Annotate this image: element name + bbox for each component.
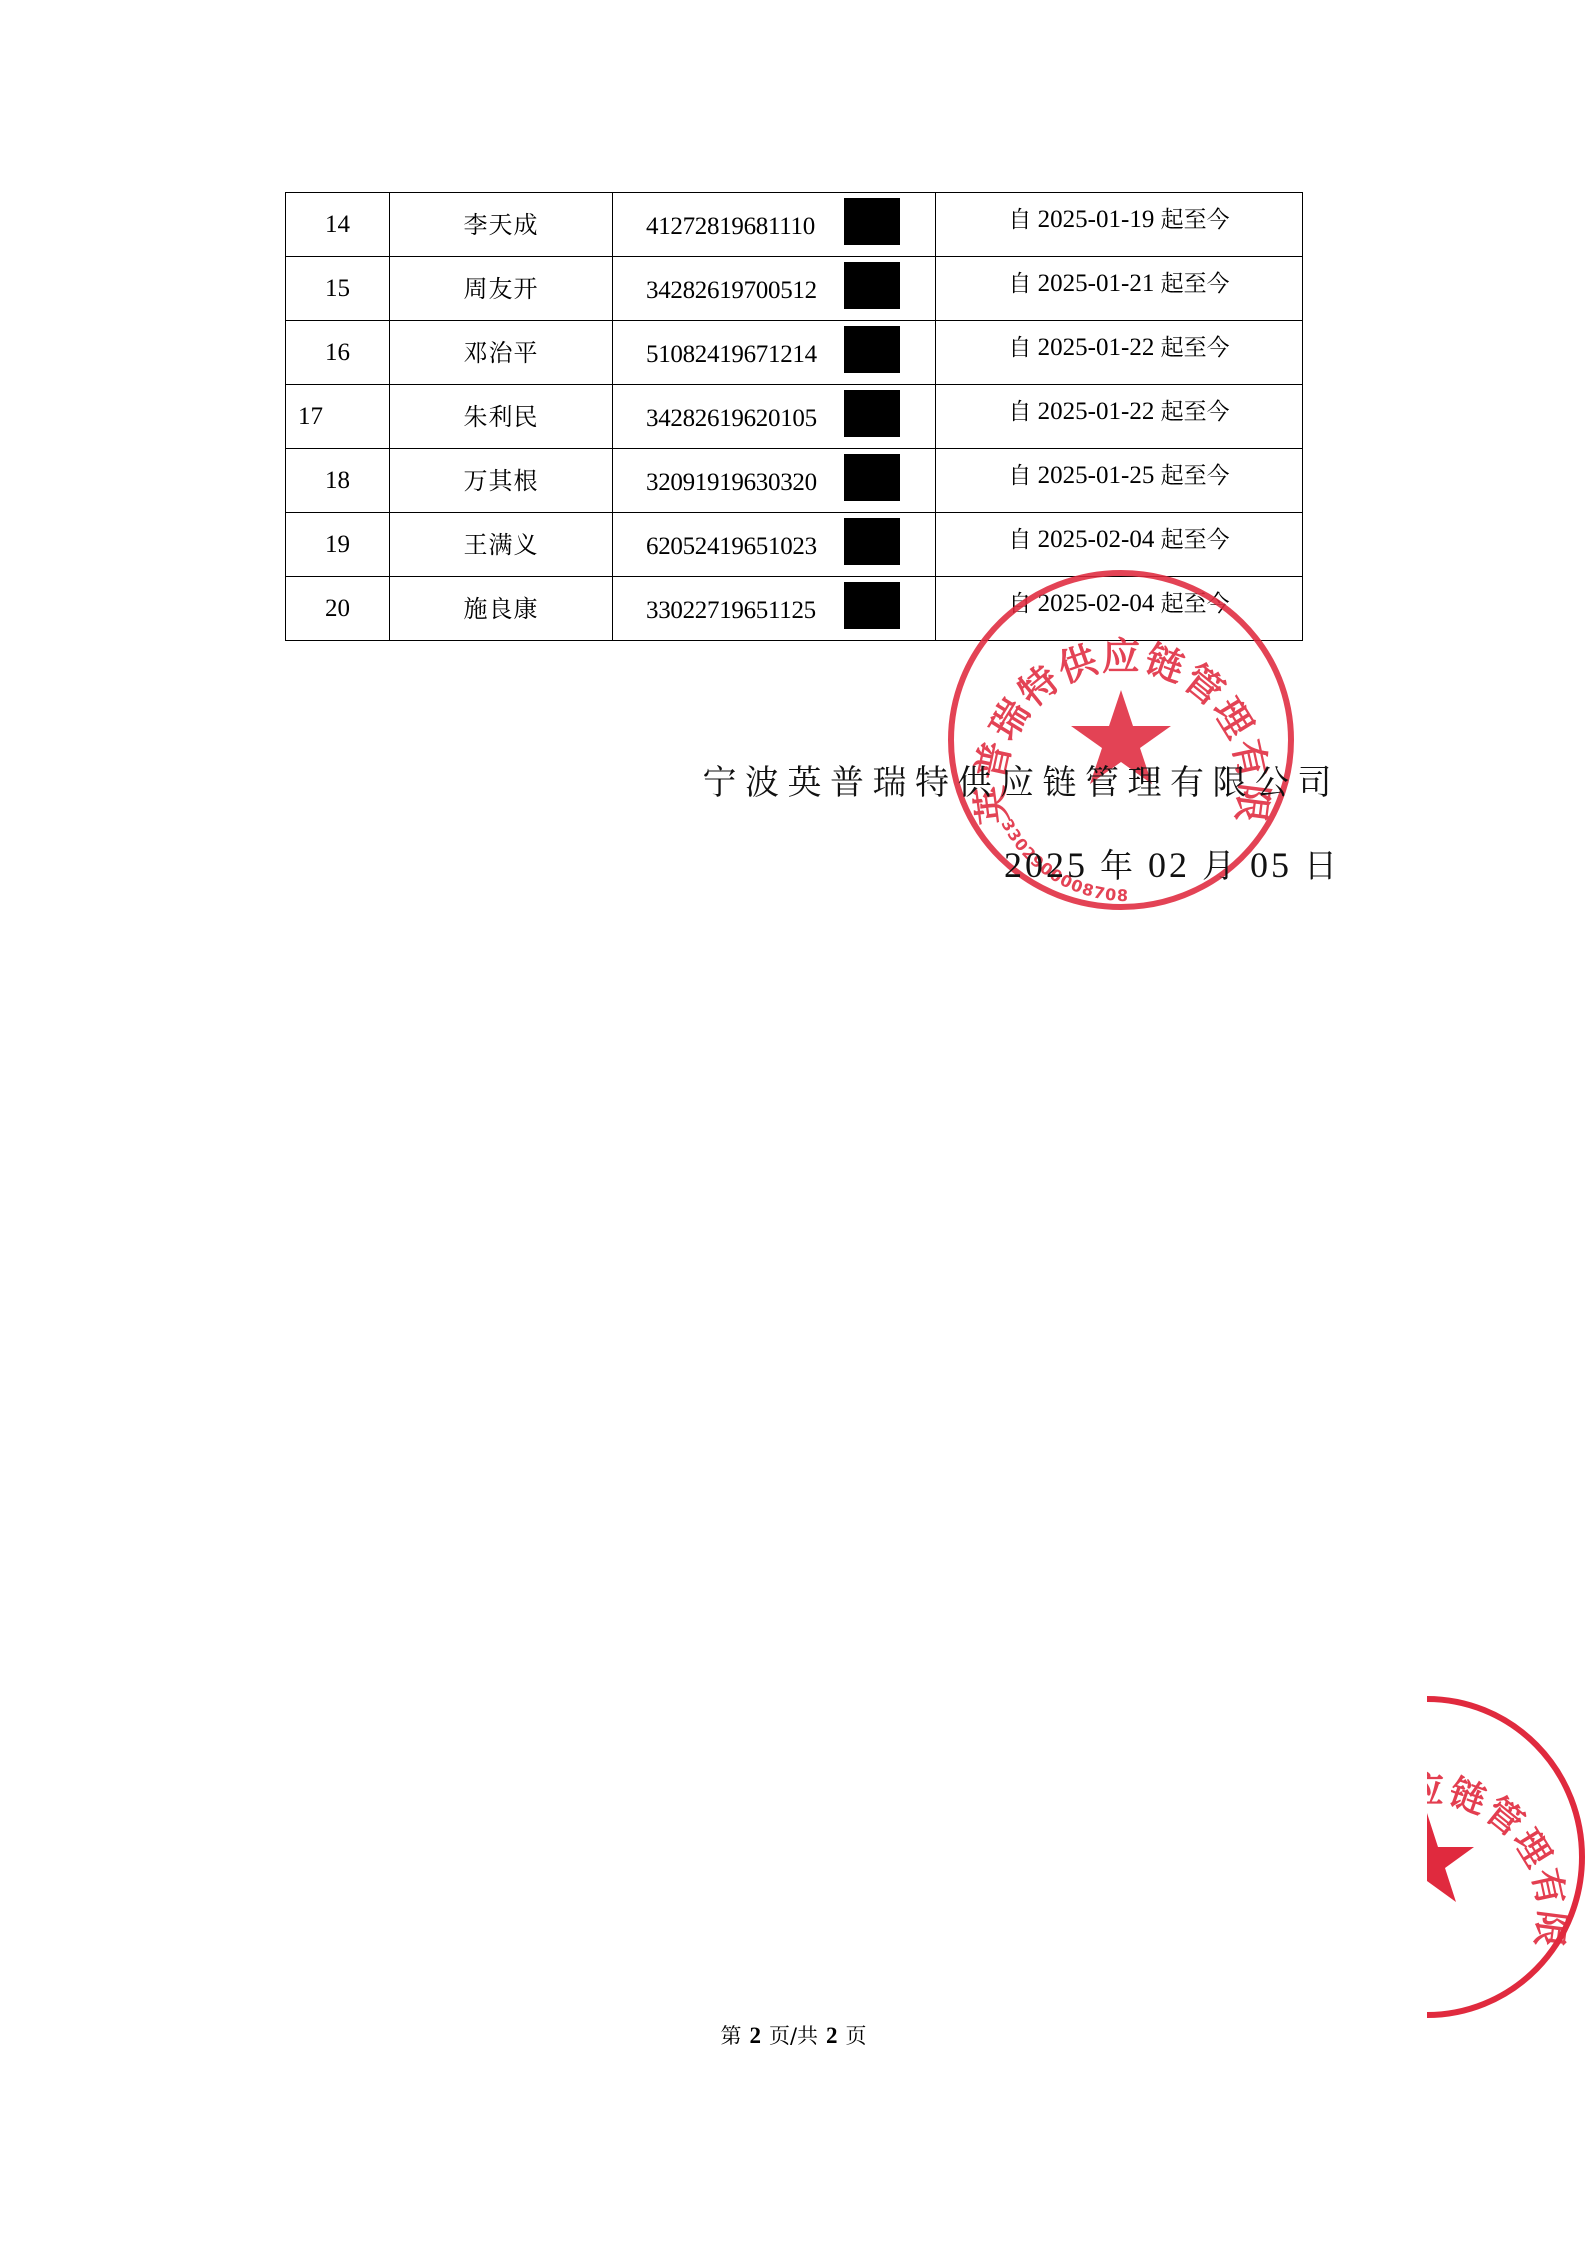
- table-row: 18万其根32091919630320自 2025-01-25 起至今: [286, 449, 1303, 513]
- row-number: 17: [286, 385, 390, 449]
- signature-date: 2025 年 02 月 05 日: [1004, 840, 1340, 887]
- company-name: 宁波英普瑞特供应链管理有限公司: [703, 755, 1341, 804]
- total-pages: 2: [826, 2023, 838, 2048]
- employee-roster-table: 14李天成41272819681110自 2025-01-19 起至今15周友开…: [285, 192, 1303, 641]
- id-number-cell: 34282619700512: [613, 257, 936, 321]
- id-number: 62052419651023: [646, 533, 817, 558]
- employee-name: 万其根: [390, 449, 613, 513]
- employee-name: 李天成: [390, 193, 613, 257]
- start-date: 2025-01-25: [1038, 462, 1155, 489]
- redaction-block: [844, 326, 900, 373]
- employment-period: 自 2025-01-22 起至今: [936, 385, 1303, 449]
- row-number: 15: [286, 257, 390, 321]
- employment-period: 自 2025-01-21 起至今: [936, 257, 1303, 321]
- start-date: 2025-01-19: [1038, 206, 1155, 233]
- redaction-block: [844, 262, 900, 309]
- employment-period: 自 2025-02-04 起至今: [936, 577, 1303, 641]
- id-number: 41272819681110: [646, 213, 815, 238]
- table-row: 20施良康33022719651125自 2025-02-04 起至今: [286, 577, 1303, 641]
- employee-name: 周友开: [390, 257, 613, 321]
- redaction-block: [844, 582, 900, 629]
- svg-text:宁波英普瑞特供应链管理有限公司: 宁波英普瑞特供应链管理有限公司: [1427, 1695, 1572, 1951]
- id-number-cell: 41272819681110: [613, 193, 936, 257]
- employment-period: 自 2025-01-25 起至今: [936, 449, 1303, 513]
- half-seal: 宁波英普瑞特供应链管理有限公司: [1427, 1695, 1587, 2020]
- id-number: 33022719651125: [646, 597, 816, 622]
- id-number-cell: 32091919630320: [613, 449, 936, 513]
- redaction-block: [844, 454, 900, 501]
- id-number: 32091919630320: [646, 469, 817, 494]
- employment-period: 自 2025-01-22 起至今: [936, 321, 1303, 385]
- row-number: 19: [286, 513, 390, 577]
- id-number: 34282619620105: [646, 405, 817, 430]
- table-row: 17朱利民34282619620105自 2025-01-22 起至今: [286, 385, 1303, 449]
- table-row: 15周友开34282619700512自 2025-01-21 起至今: [286, 257, 1303, 321]
- employee-name: 王满义: [390, 513, 613, 577]
- row-number: 16: [286, 321, 390, 385]
- redaction-block: [844, 518, 900, 565]
- id-number: 51082419671214: [646, 341, 817, 366]
- id-number-cell: 51082419671214: [613, 321, 936, 385]
- table-row: 14李天成41272819681110自 2025-01-19 起至今: [286, 193, 1303, 257]
- start-date: 2025-01-22: [1038, 334, 1155, 361]
- page-footer: 第2页/共2页: [0, 2020, 1587, 2050]
- id-number-cell: 34282619620105: [613, 385, 936, 449]
- row-number: 14: [286, 193, 390, 257]
- roster-body: 14李天成41272819681110自 2025-01-19 起至今15周友开…: [286, 193, 1303, 641]
- row-number: 20: [286, 577, 390, 641]
- redaction-block: [844, 390, 900, 437]
- id-number-cell: 62052419651023: [613, 513, 936, 577]
- employee-name: 朱利民: [390, 385, 613, 449]
- start-date: 2025-01-22: [1038, 398, 1155, 425]
- start-date: 2025-02-04: [1038, 590, 1155, 617]
- table-row: 16邓治平51082419671214自 2025-01-22 起至今: [286, 321, 1303, 385]
- employee-name: 施良康: [390, 577, 613, 641]
- redaction-block: [844, 198, 900, 245]
- row-number: 18: [286, 449, 390, 513]
- employment-period: 自 2025-01-19 起至今: [936, 193, 1303, 257]
- start-date: 2025-01-21: [1038, 270, 1155, 297]
- id-number: 34282619700512: [646, 277, 817, 302]
- employee-name: 邓治平: [390, 321, 613, 385]
- employment-period: 自 2025-02-04 起至今: [936, 513, 1303, 577]
- current-page: 2: [749, 2023, 761, 2048]
- start-date: 2025-02-04: [1038, 526, 1155, 553]
- id-number-cell: 33022719651125: [613, 577, 936, 641]
- star-icon: [1427, 1813, 1474, 1902]
- table-row: 19王满义62052419651023自 2025-02-04 起至今: [286, 513, 1303, 577]
